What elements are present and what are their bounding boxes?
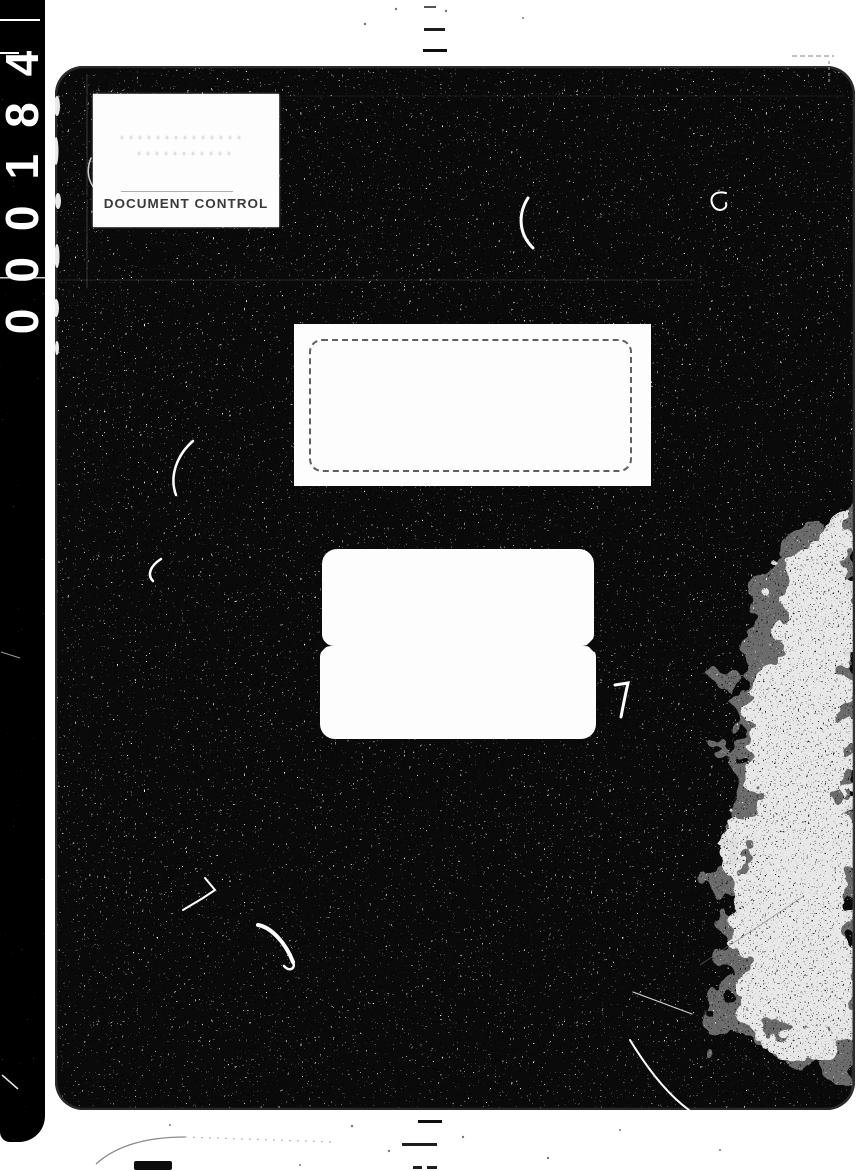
spine-number: 000184	[0, 7, 45, 352]
registration-mark-bottom	[413, 1166, 422, 1169]
dashed-border	[309, 339, 632, 472]
blank-box-upper	[322, 549, 594, 646]
registration-mark-top	[424, 6, 436, 8]
blank-box-lower	[320, 646, 596, 739]
registration-mark-top	[424, 28, 445, 31]
spine-strip: 000184	[0, 0, 45, 1142]
faded-text-smudge	[121, 136, 241, 139]
scanned-document-page: 000184 DOCUMENT CONTROL	[0, 0, 861, 1171]
blank-box-dashed	[294, 324, 651, 486]
registration-mark-bottom	[418, 1120, 442, 1123]
document-control-label: DOCUMENT CONTROL	[93, 94, 279, 227]
document-control-text: DOCUMENT CONTROL	[97, 196, 275, 211]
faded-text-smudge	[138, 152, 233, 155]
registration-mark-bottom	[427, 1166, 437, 1169]
bottom-black-bar	[134, 1161, 172, 1170]
registration-mark-bottom	[402, 1143, 437, 1146]
label-rule-line	[121, 191, 233, 192]
registration-mark-top	[423, 49, 447, 52]
